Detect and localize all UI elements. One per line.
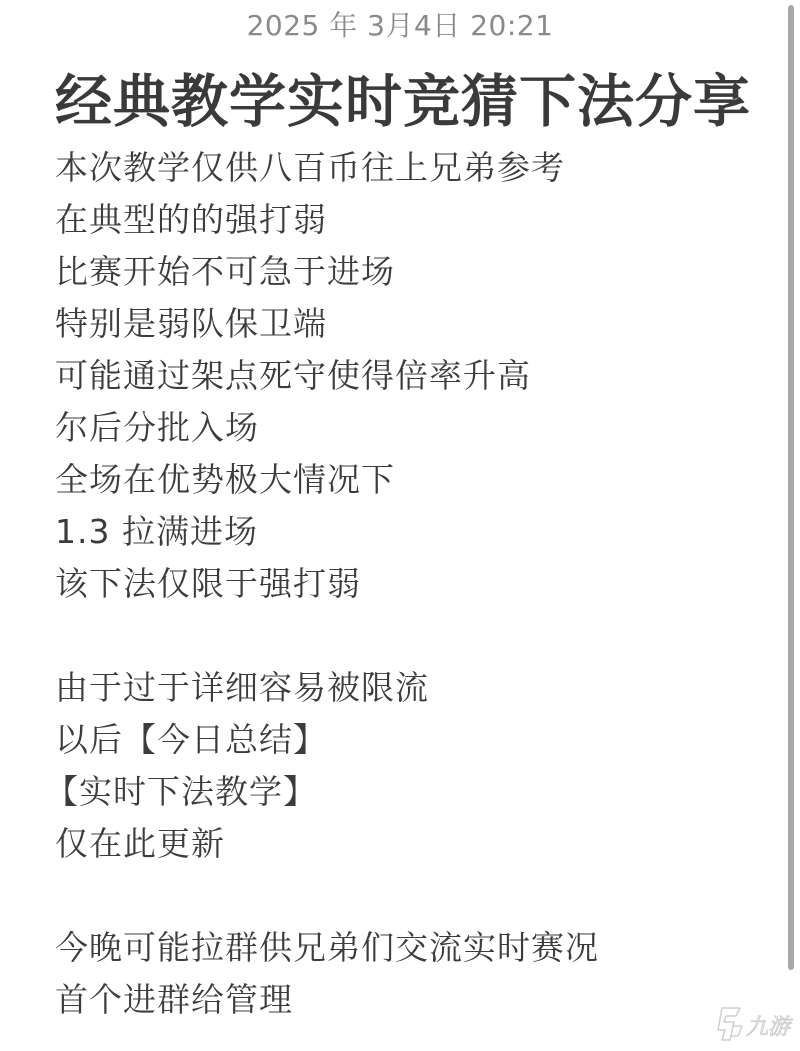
note-timestamp: 2025 年 3月4日 20:21 (0, 4, 800, 44)
body-line: 今晚可能拉群供兄弟们交流实时赛况 (55, 922, 755, 974)
body-line: 尔后分批入场 (55, 402, 755, 454)
body-line: 首个进群给管理 (55, 974, 755, 1026)
body-line: 比赛开始不可急于进场 (55, 246, 755, 298)
vertical-scrollbar[interactable] (788, 5, 794, 970)
body-line: 本次教学仅供八百币往上兄弟参考 (55, 142, 755, 194)
body-line: 仅在此更新 (55, 818, 755, 870)
svg-text:九游: 九游 (746, 1015, 793, 1040)
blank-line (55, 610, 755, 662)
body-line: 以后【今日总结】 (55, 714, 755, 766)
body-line: 由于过于详细容易被限流 (55, 662, 755, 714)
blank-line (55, 870, 755, 922)
body-line: 该下法仅限于强打弱 (55, 558, 755, 610)
body-line: 【实时下法教学】 (45, 766, 755, 818)
watermark: 九游 (712, 1000, 800, 1048)
body-line: 在典型的的强打弱 (55, 194, 755, 246)
jiuyou-logo-icon: 九游 (712, 1000, 800, 1048)
body-line: 可能通过架点死守使得倍率升高 (55, 350, 755, 402)
body-line: 全场在优势极大情况下 (55, 454, 755, 506)
note-body: 本次教学仅供八百币往上兄弟参考 在典型的的强打弱 比赛开始不可急于进场 特别是弱… (55, 142, 755, 1026)
body-line: 特别是弱队保卫端 (55, 298, 755, 350)
note-title: 经典教学实时竞猜下法分享 (55, 56, 775, 138)
body-line: 1.3 拉满进场 (55, 506, 755, 558)
